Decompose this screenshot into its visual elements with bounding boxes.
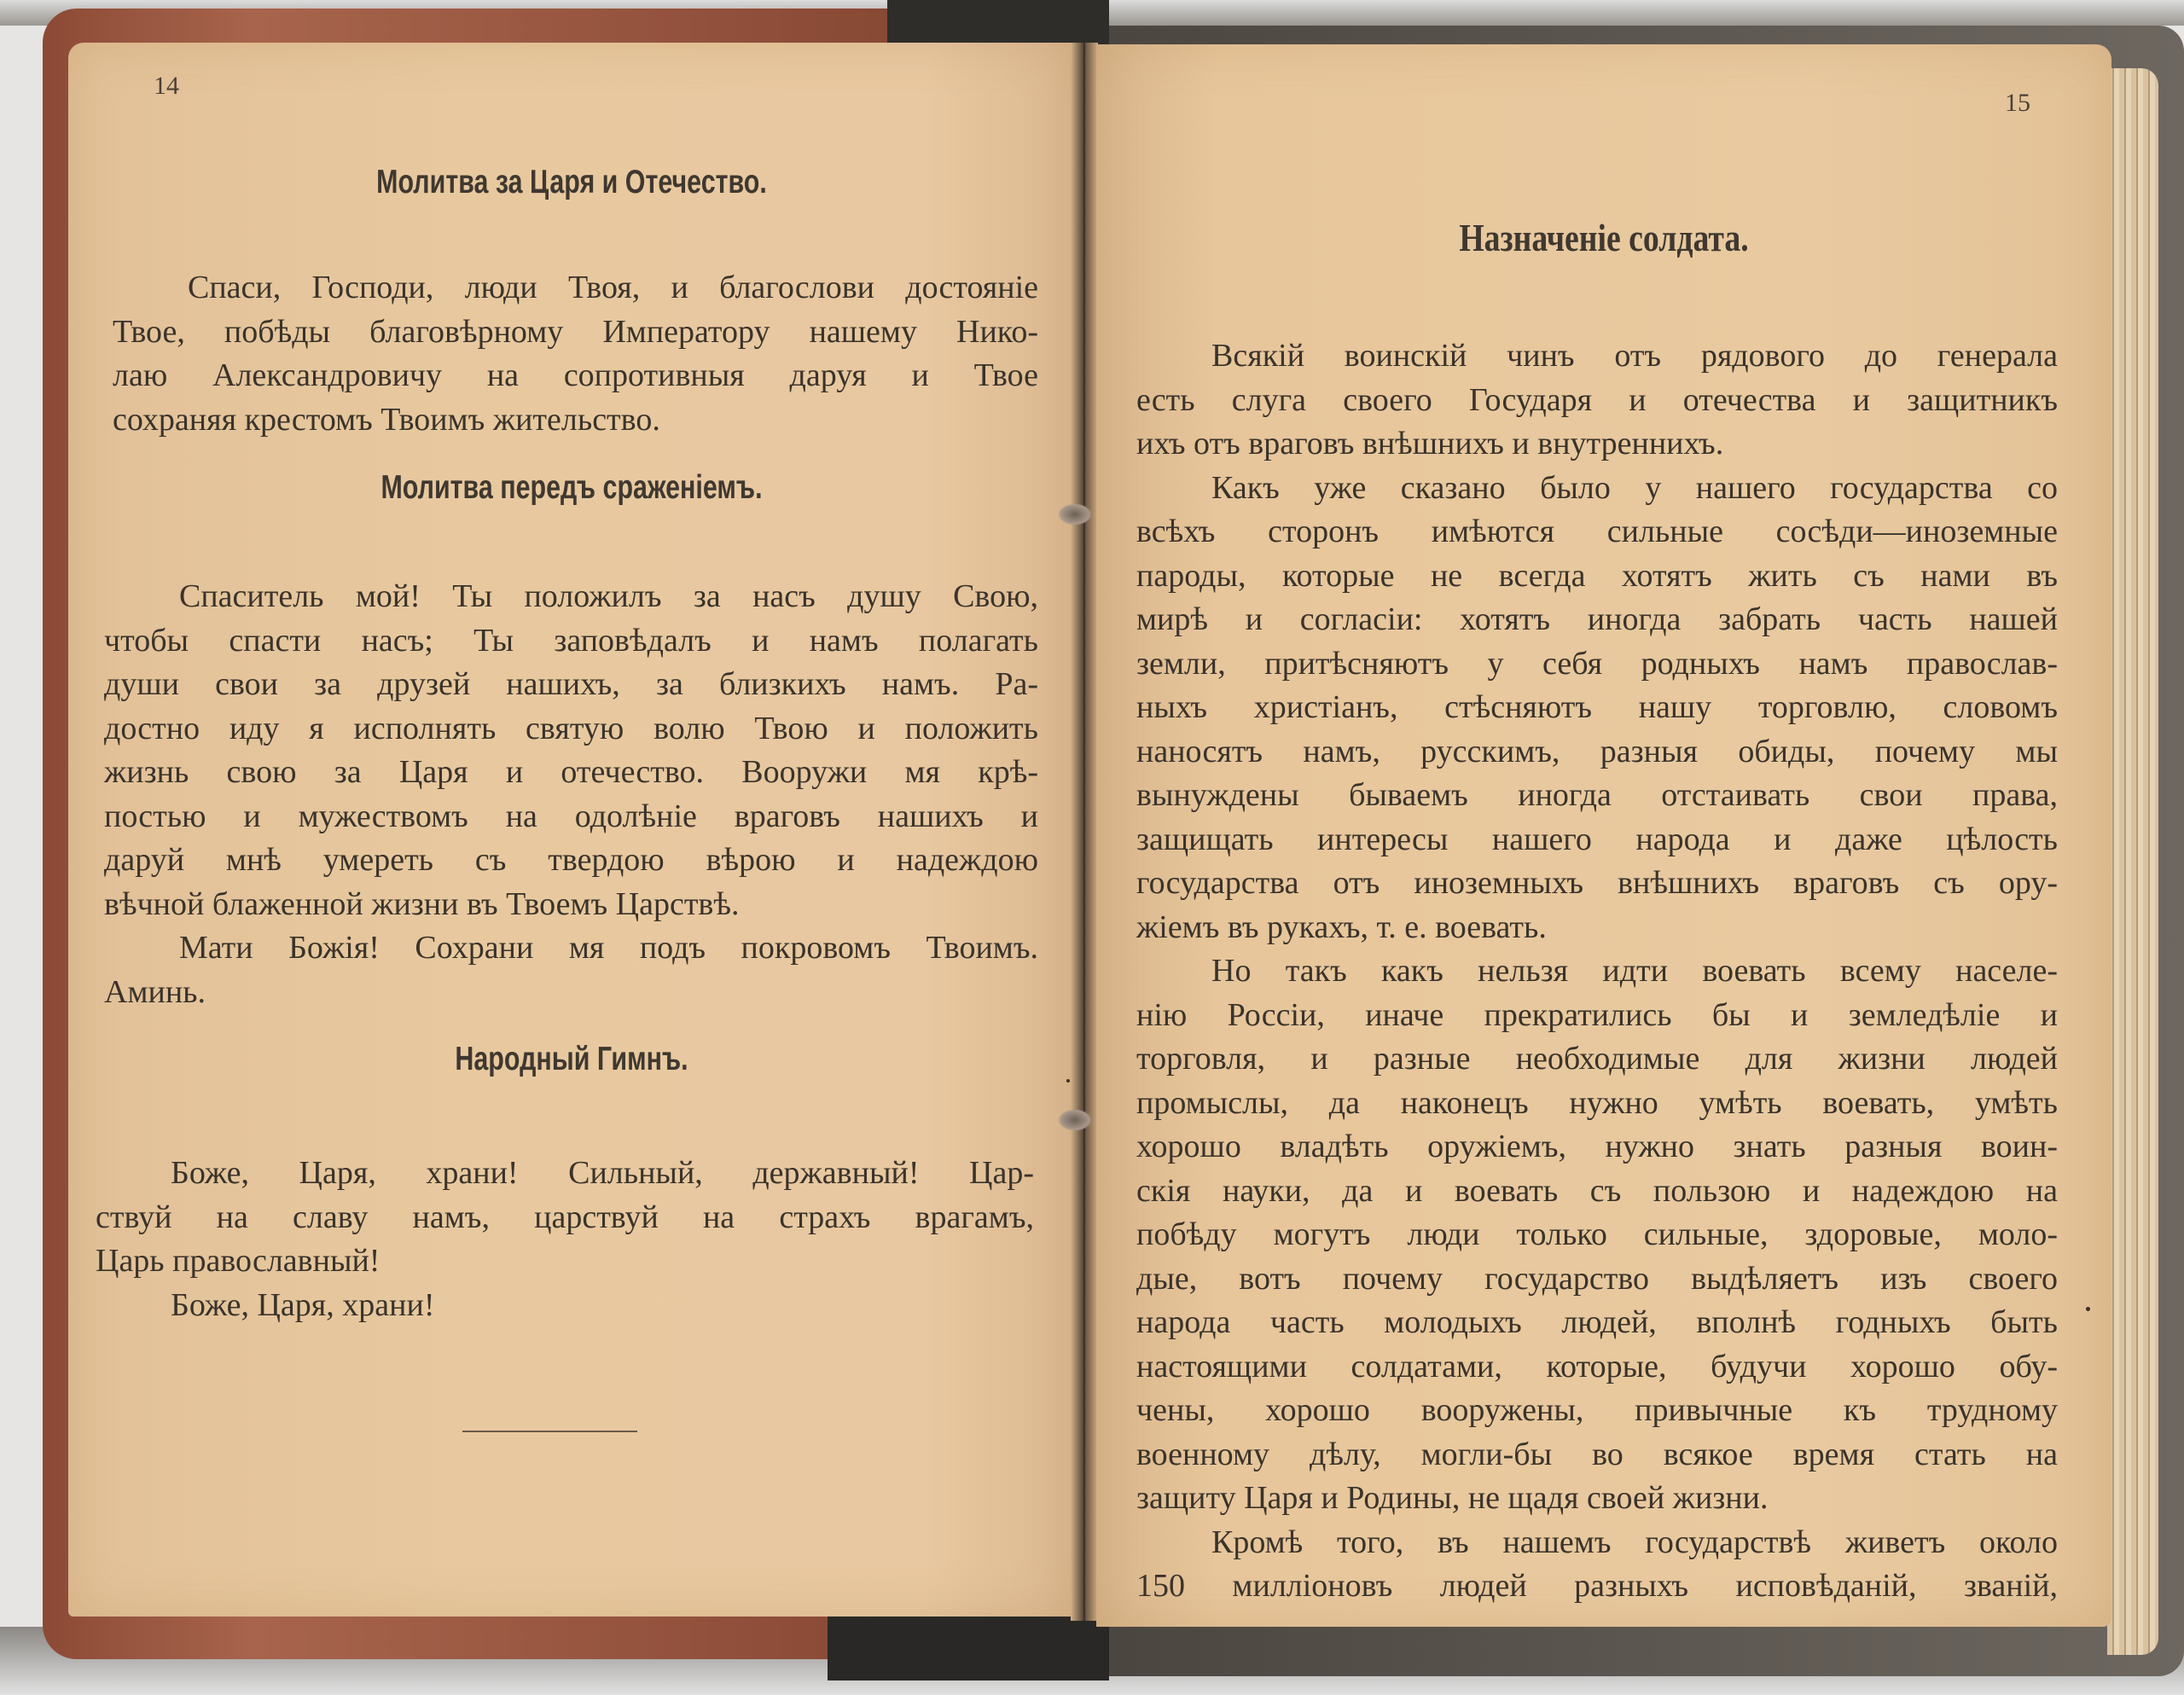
body-text: Всякій воинскій чинъ отъ рядового до ген…	[1136, 334, 2058, 1609]
text-line: чтобы спасти насъ; Ты заповѣдалъ и намъ …	[104, 619, 1038, 664]
text-line: дые, вотъ почему государство выдѣляетъ и…	[1136, 1257, 2058, 1302]
book-gutter	[1071, 43, 1098, 1621]
right-page: 15 Назначеніе солдата. Всякій воинскій ч…	[1096, 44, 2111, 1627]
text-line: Какъ уже сказано было у нашего государст…	[1136, 467, 2058, 511]
anthem-text: Боже, Царя, храни! Сильный, державный! Ц…	[96, 1152, 1034, 1327]
text-line: души свои за друзей нашихъ, за близкихъ …	[104, 663, 1038, 707]
text-line: народа часть молодыхъ людей, вполнѣ годн…	[1136, 1301, 2058, 1345]
text-line: земли, притѣсняютъ у себя родныхъ намъ п…	[1136, 642, 2058, 687]
page-number: 14	[154, 72, 179, 101]
text-line: настоящими солдатами, которые, будучи хо…	[1136, 1345, 2058, 1390]
text-line: мирѣ и согласіи: хотятъ иногда забрать ч…	[1136, 598, 2058, 642]
text-line: ныхъ христіанъ, стѣсняютъ нашу торговлю,…	[1136, 686, 2058, 730]
text-line: нію Россіи, иначе прекратились бы и земл…	[1136, 994, 2058, 1038]
text-line: чены, хорошо вооружены, привычные къ тру…	[1136, 1389, 2058, 1433]
text-line: всѣхъ сторонъ имѣются сильные сосѣди—ино…	[1136, 510, 2058, 554]
text-line: жизнь свою за Царя и отечество. Вооружи …	[104, 751, 1038, 795]
section-title: Народный Гимнъ.	[179, 1041, 964, 1078]
text-line: наносятъ намъ, русскимъ, разныя обиды, п…	[1136, 730, 2058, 775]
text-line: Но такъ какъ нельзя идти воевать всему н…	[1136, 949, 2058, 994]
text-line: защиту Царя и Родины, не щадя своей жизн…	[1136, 1477, 2058, 1521]
section-title: Молитва за Царя и Отечество.	[179, 164, 964, 201]
ink-speck	[1066, 1079, 1070, 1083]
section-title: Молитва передъ сраженіемъ.	[179, 469, 964, 507]
text-line: хорошо владѣть оружіемъ, нужно знать раз…	[1136, 1125, 2058, 1170]
text-line: Спаситель мой! Ты положилъ за насъ душу …	[104, 575, 1038, 619]
staple-mark	[1058, 1109, 1092, 1131]
page-edges	[2107, 68, 2158, 1655]
text-line: 150 милліоновъ людей разныхъ исповѣданій…	[1136, 1564, 2058, 1609]
text-line: Твое, побѣды благовѣрному Императору наш…	[113, 311, 1038, 355]
text-line: вѣчной блаженной жизни въ Твоемъ Царствѣ…	[104, 883, 1038, 927]
chapter-title: Назначеніе солдата.	[1188, 215, 2020, 260]
text-line: побѣду могутъ люди только сильные, здоро…	[1136, 1213, 2058, 1257]
end-rule	[462, 1431, 637, 1432]
text-line: промыслы, да наконецъ нужно умѣть воеват…	[1136, 1082, 2058, 1126]
text-line: скія науки, да и воевать съ пользою и на…	[1136, 1170, 2058, 1214]
text-line: ствуй на славу намъ, царствуй на страхъ …	[96, 1196, 1034, 1240]
text-line: ихъ отъ враговъ внѣшнихъ и внутреннихъ.	[1136, 422, 2058, 467]
text-line: есть слуга своего Государя и отечества и…	[1136, 379, 2058, 423]
text-line: Боже, Царя, храни! Сильный, державный! Ц…	[96, 1152, 1034, 1196]
text-line: Царь православный!	[96, 1239, 1034, 1284]
text-line: торговля, и разные необходимые для жизни…	[1136, 1037, 2058, 1082]
prayer-battle-text: Спаситель мой! Ты положилъ за насъ душу …	[104, 575, 1038, 1014]
text-line: Боже, Царя, храни!	[96, 1284, 1034, 1328]
text-line: сохраняя крестомъ Твоимъ жительство.	[113, 398, 1038, 443]
ink-speck	[2086, 1307, 2090, 1311]
text-line: Всякій воинскій чинъ отъ рядового до ген…	[1136, 334, 2058, 379]
text-line: военному дѣлу, могли-бы во всякое время …	[1136, 1433, 2058, 1477]
text-line: Мати Божія! Сохрани мя подъ покровомъ Тв…	[104, 926, 1038, 971]
text-line: жіемъ въ рукахъ, т. е. воевать.	[1136, 906, 2058, 950]
text-line: лаю Александровичу на сопротивныя даруя …	[113, 354, 1038, 398]
text-line: вынуждены бываемъ иногда отстаивать свои…	[1136, 774, 2058, 818]
text-line: даруй мнѣ умереть съ твердою вѣрою и над…	[104, 839, 1038, 883]
staple-mark	[1058, 503, 1092, 525]
text-line: Аминь.	[104, 971, 1038, 1015]
text-line: постью и мужествомъ на одолѣніе враговъ …	[104, 795, 1038, 839]
text-line: пароды, которые не всегда хотятъ жить съ…	[1136, 554, 2058, 599]
text-line: достно иду я исполнять святую волю Твою …	[104, 707, 1038, 752]
page-number: 15	[2005, 89, 2030, 118]
text-line: защищать интересы нашего народа и даже ц…	[1136, 818, 2058, 862]
left-page: 14 Молитва за Царя и Отечество. Спаси, Г…	[68, 43, 1075, 1617]
text-line: государства отъ иноземныхъ внѣшнихъ враг…	[1136, 862, 2058, 906]
text-line: Спаси, Господи, люди Твоя, и благослови …	[113, 266, 1038, 311]
prayer-tsar-text: Спаси, Господи, люди Твоя, и благослови …	[113, 266, 1038, 442]
text-line: Кромѣ того, въ нашемъ государствѣ живетъ…	[1136, 1521, 2058, 1565]
